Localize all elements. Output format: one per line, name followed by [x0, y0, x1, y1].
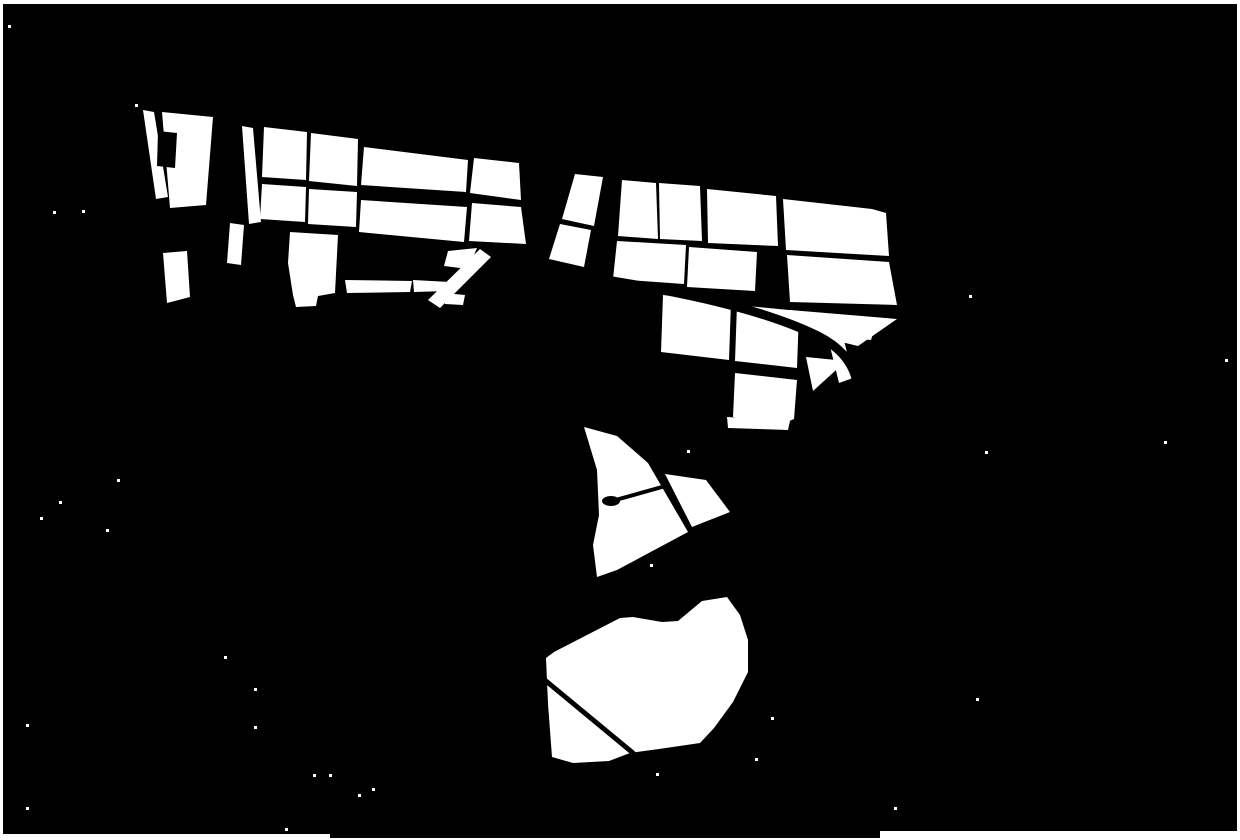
- tl-wedge-bottom-left: [163, 251, 190, 303]
- noise-speck-20: [372, 788, 375, 791]
- noise-speck-2: [53, 211, 56, 214]
- tl-block-notch: [157, 131, 177, 168]
- tr-r1-b3: [707, 189, 778, 246]
- fan-divider-blob: [602, 496, 620, 506]
- tl-block-10: [469, 203, 526, 244]
- tl-block-3: [309, 133, 358, 186]
- tl-block-5: [308, 189, 357, 227]
- noise-speck-23: [976, 698, 979, 701]
- border-bottom-left: [0, 834, 330, 840]
- tl-block-2: [262, 127, 307, 180]
- noise-speck-11: [1164, 441, 1167, 444]
- tl-band-3: [444, 293, 465, 305]
- tr-r2-b2: [687, 247, 757, 291]
- tl-band-2: [413, 280, 450, 292]
- binary-mask-figure: [0, 0, 1240, 840]
- border-top: [0, 0, 1240, 4]
- noise-speck-3: [82, 210, 85, 213]
- tl-band-1: [345, 280, 412, 293]
- tl-strip-3: [227, 223, 244, 265]
- noise-speck-15: [254, 726, 257, 729]
- noise-speck-27: [755, 758, 758, 761]
- tl-block-4: [260, 184, 306, 222]
- noise-speck-9: [969, 295, 972, 298]
- border-bottom-right: [880, 831, 1240, 840]
- noise-speck-16: [26, 724, 29, 727]
- tr-r1-b1: [618, 180, 658, 239]
- noise-speck-10: [1225, 359, 1228, 362]
- noise-speck-26: [771, 717, 774, 720]
- noise-speck-6: [40, 517, 43, 520]
- tr-r1-b2: [659, 183, 702, 241]
- tr-r2-b1: [613, 241, 686, 284]
- noise-speck-13: [224, 656, 227, 659]
- noise-speck-24: [894, 807, 897, 810]
- segmentation-mask-canvas: [0, 0, 1240, 840]
- noise-speck-0: [8, 25, 11, 28]
- border-left: [0, 0, 3, 840]
- noise-speck-5: [59, 501, 62, 504]
- noise-speck-22: [285, 828, 288, 831]
- noise-speck-12: [985, 451, 988, 454]
- noise-speck-14: [254, 688, 257, 691]
- noise-speck-1: [135, 104, 138, 107]
- tl-block-8: [470, 158, 521, 200]
- noise-speck-7: [106, 529, 109, 532]
- tr-r2-b3: [787, 255, 897, 305]
- noise-speck-8: [687, 450, 690, 453]
- noise-speck-17: [26, 807, 29, 810]
- noise-speck-25: [650, 564, 653, 567]
- noise-speck-19: [329, 774, 332, 777]
- noise-speck-28: [656, 773, 659, 776]
- noise-speck-18: [313, 774, 316, 777]
- noise-speck-21: [358, 794, 361, 797]
- noise-speck-4: [117, 479, 120, 482]
